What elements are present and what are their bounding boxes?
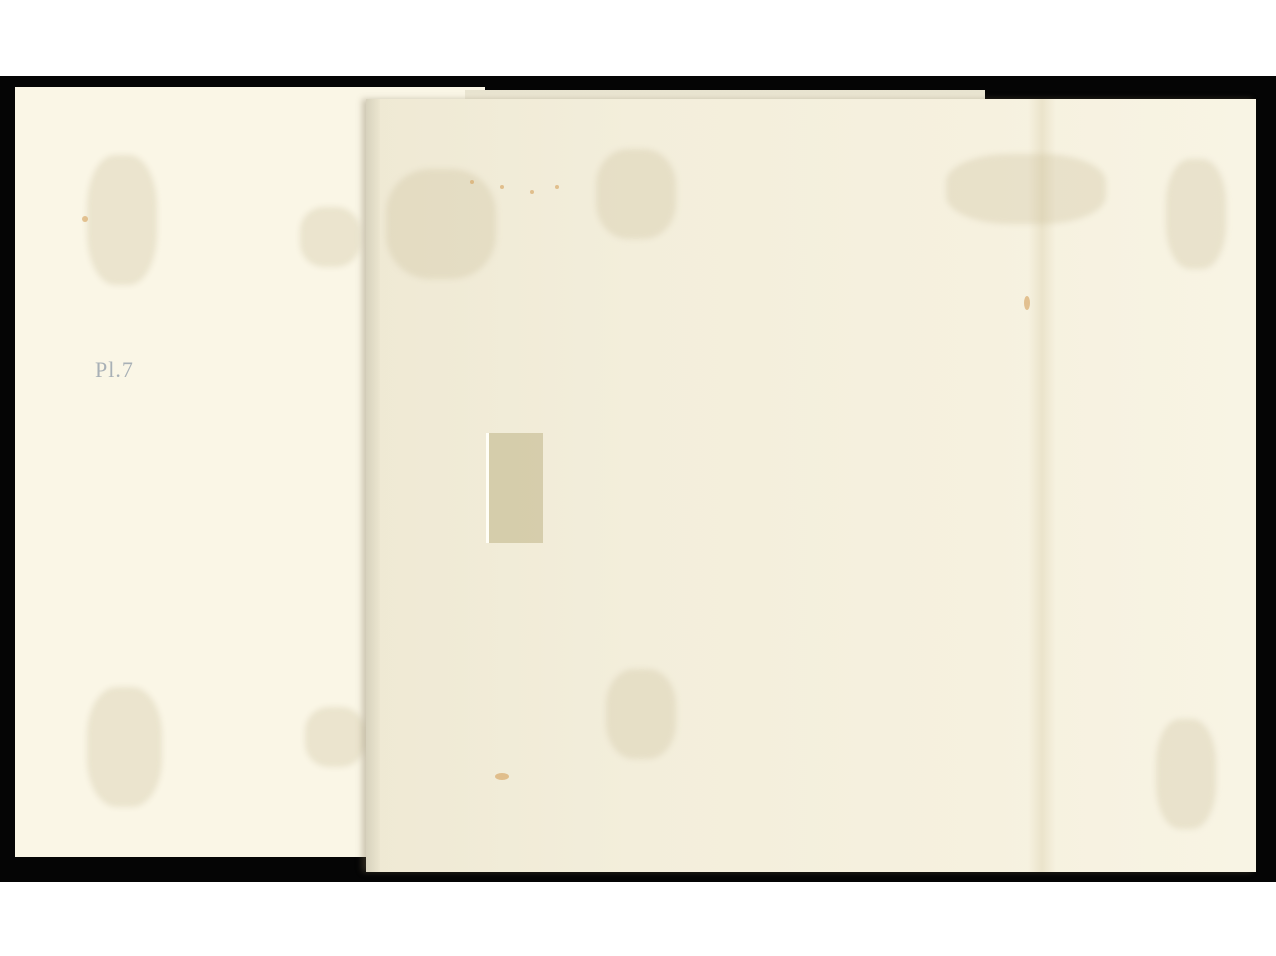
stamp-hinge — [486, 433, 543, 543]
front-cover-edge — [366, 99, 380, 872]
hinge-remnant-stain — [87, 687, 162, 807]
hinge-remnant-stain — [87, 155, 157, 285]
rust-spot — [1024, 296, 1030, 310]
stain — [300, 207, 360, 267]
rust-spot — [82, 216, 88, 222]
stain — [946, 154, 1106, 224]
stain — [386, 169, 496, 279]
foxing-spot — [555, 185, 559, 189]
fold-line — [1028, 99, 1056, 872]
hinge-remnant-stain — [1166, 159, 1226, 269]
foxing-spot — [470, 180, 474, 184]
stain — [305, 707, 365, 767]
hinge-remnant-stain — [1156, 719, 1216, 829]
stain — [606, 669, 676, 759]
stain — [596, 149, 676, 239]
foxing-spot — [530, 190, 534, 194]
pencil-annotation: Pl.7 — [95, 357, 134, 383]
foxing-spot — [500, 185, 504, 189]
rust-spot — [495, 773, 509, 780]
